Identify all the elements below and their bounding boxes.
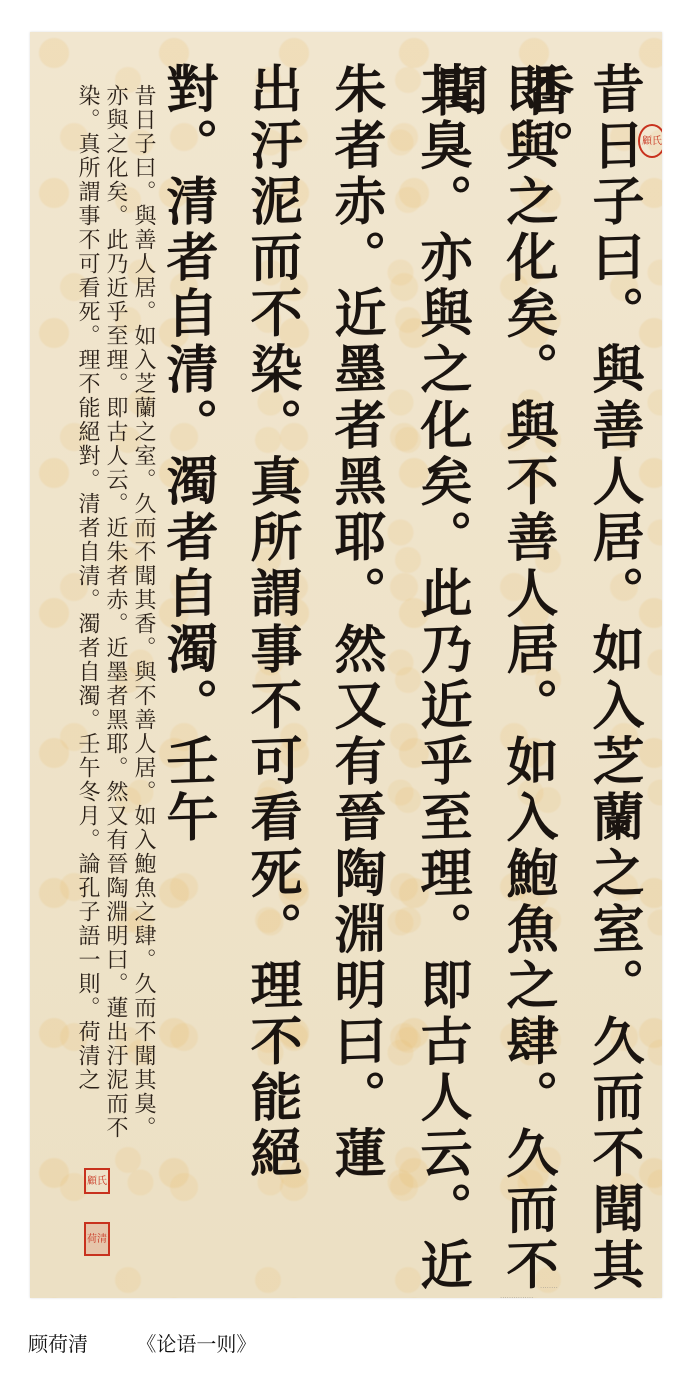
main-text-column-5: 出汙泥而不染。真所謂事不可看死。理不能絕 xyxy=(236,61,306,1183)
pencil-note-line-1: ........ xyxy=(540,1282,558,1290)
main-text-column-4: 朱者赤。近墨者黑耶。然又有晉陶淵明曰。蓮 xyxy=(320,61,390,1183)
main-text-column-2: 即與之化矣。與不善人居。如入鮑魚之肆。久而不聞 xyxy=(492,61,562,1298)
artwork-caption: 顾荷清 《论语一则》 xyxy=(28,1328,256,1357)
main-text-column-1: 昔日子曰。與善人居。如入芝蘭之室。久而不聞其香。 xyxy=(578,61,648,1298)
pencil-note-line-2: ............... xyxy=(500,1292,533,1298)
inscription-column-1: 昔日子曰。與善人居。如入芝蘭之室。久而不聞其香。與不善人居。如入鮑魚之肆。久而不… xyxy=(130,84,156,1140)
inscription-column-3: 染。真所謂事不可看死。理不能絕對。清者自清。濁者自濁。壬午冬月。論孔子語一則。荷… xyxy=(74,84,100,1092)
seal-lower-left-1: 顧氏 xyxy=(84,1168,110,1194)
main-text-column-3: 其臭。亦與之化矣。此乃近乎至理。即古人云。近 xyxy=(406,61,476,1295)
seal-top-right: 顧氏 xyxy=(638,124,662,158)
main-text-column-6: 對。清者自清。濁者自濁。壬午 xyxy=(152,61,222,847)
calligraphy-artwork: 昔日子曰。與善人居。如入芝蘭之室。久而不聞其香。 即與之化矣。與不善人居。如入鮑… xyxy=(30,32,662,1298)
artist-name: 顾荷清 xyxy=(28,1332,88,1356)
seal-lower-left-2: 荷清 xyxy=(84,1222,110,1256)
inscription-column-2: 亦與之化矣。此乃近乎至理。即古人云。近朱者赤。近墨者黑耶。然又有晉陶淵明曰。蓮出… xyxy=(102,84,128,1140)
artwork-title: 《论语一则》 xyxy=(136,1332,256,1356)
